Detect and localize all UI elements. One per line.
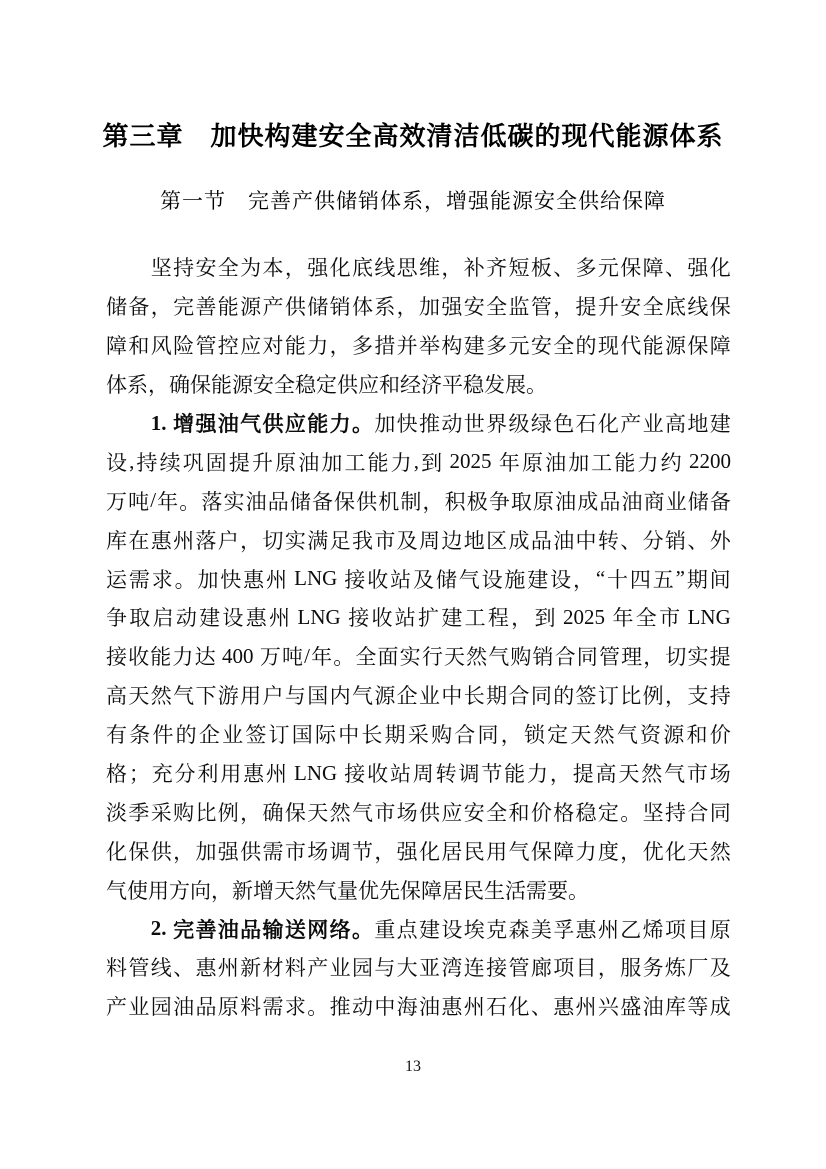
paragraph: 坚持安全为本，强化底线思维，补齐短板、多元保障、强化储备，完善能源产供储销体系，… (106, 248, 731, 404)
text-line: 库在惠州落户，切实满足我市及周边地区成品油中转、分销、外 (106, 520, 731, 559)
text-line: 万吨/年。落实油品储备保供机制，积极争取原油成品油商业储备 (106, 481, 731, 520)
body-text: 坚持安全为本，强化底线思维，补齐短板、多元保障、强化储备，完善能源产供储销体系，… (106, 248, 731, 1026)
text-line: 坚持安全为本，强化底线思维，补齐短板、多元保障、强化 (106, 248, 731, 287)
text-line: 争取启动建设惠州 LNG 接收站扩建工程，到 2025 年全市 LNG (106, 598, 731, 637)
text-line: 格；充分利用惠州 LNG 接收站周转调节能力，提高天然气市场 (106, 754, 731, 793)
text-line: 储备，完善能源产供储销体系，加强安全监管，提升安全底线保 (106, 287, 731, 326)
text-line: 产业园油品原料需求。推动中海油惠州石化、惠州兴盛油库等成 (106, 987, 731, 1026)
text-line: 化保供，加强供需市场调节，强化居民用气保障力度，优化天然 (106, 831, 731, 870)
paragraph: 1. 增强油气供应能力。加快推动世界级绿色石化产业高地建设,持续巩固提升原油加工… (106, 404, 731, 910)
text-line: 2. 完善油品输送网络。重点建设埃克森美孚惠州乙烯项目原 (106, 909, 731, 948)
paragraph: 2. 完善油品输送网络。重点建设埃克森美孚惠州乙烯项目原料管线、惠州新材料产业园… (106, 909, 731, 1026)
section-heading: 第一节 完善产供储销体系，增强能源安全供给保障 (60, 186, 766, 216)
text-line: 料管线、惠州新材料产业园与大亚湾连接管廊项目，服务炼厂及 (106, 948, 731, 987)
text-line: 设,持续巩固提升原油加工能力,到 2025 年原油加工能力约 2200 (106, 442, 731, 481)
text-line: 气使用方向，新增天然气量优先保障居民生活需要。 (106, 870, 731, 909)
text-line: 障和风险管控应对能力，多措并举构建多元安全的现代能源保障 (106, 326, 731, 365)
text-line: 高天然气下游用户与国内气源企业中长期合同的签订比例，支持 (106, 676, 731, 715)
text-line: 运需求。加快惠州 LNG 接收站及储气设施建设，“十四五”期间 (106, 559, 731, 598)
document-page: 第三章 加快构建安全高效清洁低碳的现代能源体系 第一节 完善产供储销体系，增强能… (0, 0, 826, 1169)
chapter-heading: 第三章 加快构建安全高效清洁低碳的现代能源体系 (50, 116, 776, 156)
text-line: 接收能力达 400 万吨/年。全面实行天然气购销合同管理，切实提 (106, 637, 731, 676)
text-line: 1. 增强油气供应能力。加快推动世界级绿色石化产业高地建 (106, 404, 731, 443)
page-number: 13 (0, 1058, 826, 1076)
text-line: 淡季采购比例，确保天然气市场供应安全和价格稳定。坚持合同 (106, 792, 731, 831)
text-line: 有条件的企业签订国际中长期采购合同，锁定天然气资源和价 (106, 715, 731, 754)
text-line: 体系，确保能源安全稳定供应和经济平稳发展。 (106, 365, 731, 404)
